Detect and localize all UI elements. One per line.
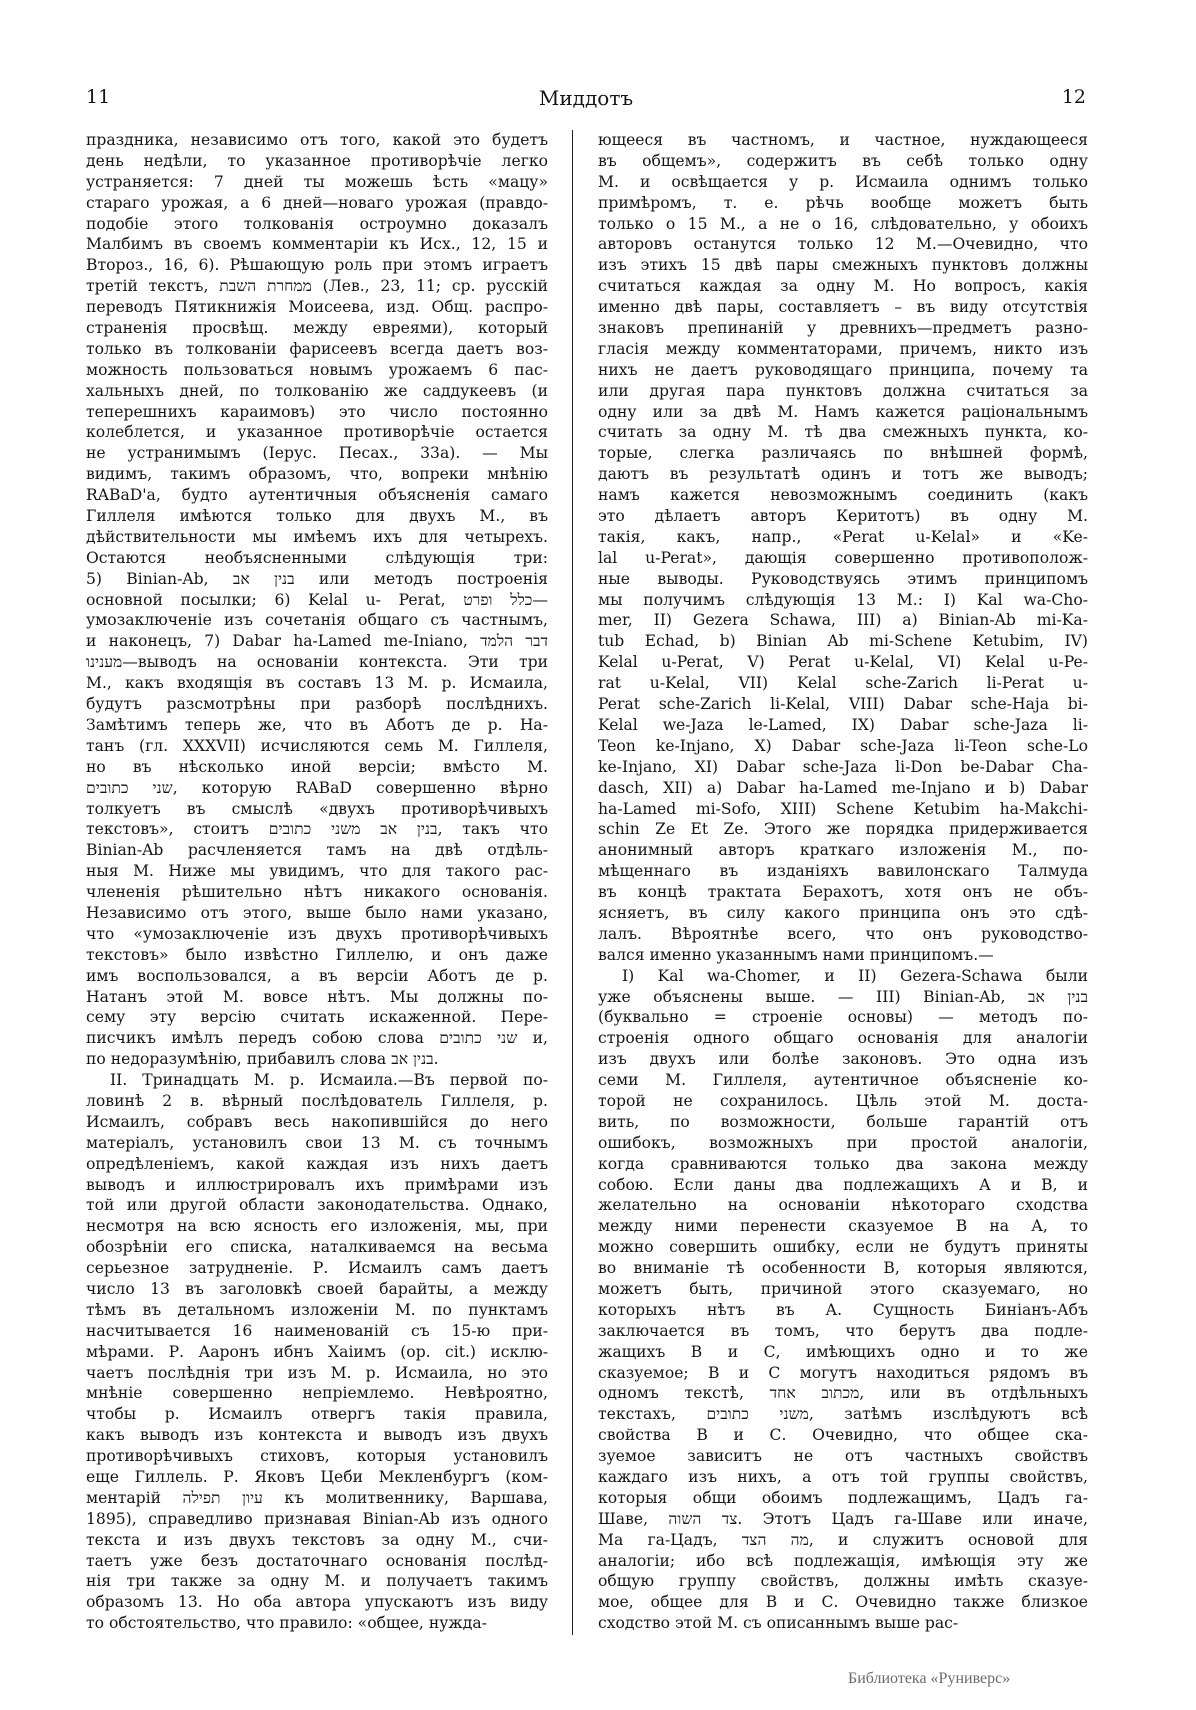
- text-line: ловинѣ 2 в. вѣрный послѣдователь Гиллеля…: [86, 1091, 548, 1112]
- text-line: чаетъ послѣднія три изъ М. р. Исмаила, н…: [86, 1363, 548, 1384]
- text-line: это дѣлаетъ авторъ Керитотъ) въ одну М.: [598, 506, 1088, 527]
- text-line: ющееся въ частномъ, и частное, нуждающее…: [598, 130, 1088, 151]
- text-line: насчитывается 16 наименованій съ 15-ю пр…: [86, 1321, 548, 1342]
- text-line: въ концѣ трактата Берахотъ, хотя онъ не …: [598, 882, 1088, 903]
- text-line: Исмаилъ, собравъ весь накопившійся до не…: [86, 1112, 548, 1133]
- page-number-right: 12: [1062, 86, 1086, 108]
- text-line: что «умозаключеніе изъ двухъ противорѣчи…: [86, 924, 548, 945]
- text-line: Binian-Ab расчленяется тамъ на двѣ отдѣл…: [86, 840, 548, 861]
- text-line: rat u-Kelal, VII) Kelal sche-Zarich li-P…: [598, 673, 1088, 694]
- text-line: по недоразумѣнію, прибавилъ слова בנין א…: [86, 1049, 548, 1070]
- text-line: одномъ текстѣ, מכתוב אחד, или въ отдѣльн…: [598, 1383, 1088, 1404]
- text-line: еще Гиллель. Р. Яковъ Цеби Мекленбургъ (…: [86, 1467, 548, 1488]
- text-line: שני כתובים, которую RABaD совершенно вѣр…: [86, 778, 548, 799]
- text-line: Kelal we-Jaza le-Lamed, IX) Dabar sche-J…: [598, 715, 1088, 736]
- text-line: серьезное затрудненіе. Р. Исмаилъ самъ д…: [86, 1258, 548, 1279]
- text-line: ha-Lamed mi-Sofo, XIII) Schene Ketubim h…: [598, 799, 1088, 820]
- text-line: только о 15 М., а не о 16, слѣдовательно…: [598, 214, 1088, 235]
- text-line: нія три также за одну М. и получаетъ так…: [86, 1571, 548, 1592]
- text-line: Малбимъ въ своемъ комментаріи къ Исх., 1…: [86, 234, 548, 255]
- text-line: которыхъ нѣтъ въ А. Сущность Биніанъ-Абъ: [598, 1300, 1088, 1321]
- text-line: именно двѣ пары, составляетъ – въ виду о…: [598, 297, 1088, 318]
- text-line: мѣрами. Р. Ааронъ ибнъ Хаіимъ (op. cit.)…: [86, 1342, 548, 1363]
- text-line: 1895), справедливо признавая Binian-Ab и…: [86, 1509, 548, 1530]
- text-line: обозрѣніи его списка, наталкиваемся на в…: [86, 1237, 548, 1258]
- text-line: можность пользоваться новымъ урожаемъ 6 …: [86, 360, 548, 381]
- text-line: гласія между комментаторами, причемъ, ни…: [598, 339, 1088, 360]
- text-line: противорѣчивыхъ стиховъ, которыя установ…: [86, 1446, 548, 1467]
- text-line: той или другой области законодательства.…: [86, 1195, 548, 1216]
- text-line: сходство этой М. съ описаннымъ выше рас-: [598, 1613, 1088, 1634]
- text-line: ошибокъ, возможныхъ при простой аналогіи…: [598, 1133, 1088, 1154]
- text-line: то обстоятельство, что правило: «общее, …: [86, 1613, 548, 1634]
- text-line: основной посылки; 6) Kelal u- Perat, כלל…: [86, 590, 548, 611]
- text-line: Teon ke-Injano, X) Dabar sche-Jaza li-Te…: [598, 736, 1088, 757]
- text-line: изъ двухъ или болѣе законовъ. Это одна и…: [598, 1049, 1088, 1070]
- text-line: ke-Injano, XI) Dabar sche-Jaza li-Don be…: [598, 757, 1088, 778]
- text-line: дѣйствительности мы имѣемъ ихъ для четыр…: [86, 527, 548, 548]
- text-line: Kelal u-Perat, V) Perat u-Kelal, VI) Kel…: [598, 652, 1088, 673]
- text-line: изъ этихъ 15 двѣ пары смежныхъ пунктовъ …: [598, 255, 1088, 276]
- text-line: заключается въ томъ, что берутъ два подл…: [598, 1321, 1088, 1342]
- text-line: tub Echad, b) Binian Ab mi-Schene Ketubi…: [598, 631, 1088, 652]
- text-line: опредѣленіемъ, какой каждая изъ нихъ дае…: [86, 1154, 548, 1175]
- text-line: страненія просвѣщ. между евреями), котор…: [86, 318, 548, 339]
- text-line: собою. Если даны два подлежащихъ А и В, …: [598, 1175, 1088, 1196]
- text-line: ные выводы. Руководствуясь этимъ принцип…: [598, 569, 1088, 590]
- text-line: видимъ, такимъ образомъ, что, вопреки мн…: [86, 464, 548, 485]
- text-line: Замѣтимъ теперь же, что въ Аботъ де р. Н…: [86, 715, 548, 736]
- text-line: Натанъ этой М. вовсе нѣтъ. Мы должны по-: [86, 987, 548, 1008]
- text-line: праздника, независимо отъ того, какой эт…: [86, 130, 548, 151]
- text-line: М. и освѣщается у р. Исмаила однимъ толь…: [598, 172, 1088, 193]
- text-line: даютъ въ результатѣ одинъ и тотъ же выво…: [598, 464, 1088, 485]
- text-line: такія, какъ, напр., «Perat u-Kelal» и «K…: [598, 527, 1088, 548]
- text-line: текстахъ, משני כתובים, затѣмъ изслѣдуютъ…: [598, 1404, 1088, 1425]
- text-line: ясняетъ, въ силу какого принципа онъ это…: [598, 903, 1088, 924]
- text-line: хальныхъ дней, по толкованію же саддукее…: [86, 381, 548, 402]
- text-line: или другая пара пунктовъ должна считатьс…: [598, 381, 1088, 402]
- text-line: колеблется, и указанное противорѣчіе ост…: [86, 422, 548, 443]
- text-line: толкуетъ въ смыслѣ «двухъ противорѣчивых…: [86, 799, 548, 820]
- library-watermark: Библиотека «Руниверс»: [848, 1670, 1010, 1688]
- text-line: и наконецъ, 7) Dabar ha-Lamed me-Iniano,…: [86, 631, 548, 652]
- page-header: 11 Миддотъ 12: [86, 86, 1086, 116]
- text-line: нихъ не даетъ руководящаго принципа, поч…: [598, 360, 1088, 381]
- text-line: текстовъ» было извѣстно Гиллелю, и онъ д…: [86, 945, 548, 966]
- text-line: II. Тринадцать М. р. Исмаила.—Въ первой …: [86, 1070, 548, 1091]
- text-line: чтобы р. Исмаилъ отвергъ такія правила,: [86, 1404, 548, 1425]
- text-line: мое, общее для В и С. Очевидно также бли…: [598, 1592, 1088, 1613]
- text-line: торые, слегка различаясь по внѣшней форм…: [598, 443, 1088, 464]
- text-line: теперешнихъ караимовъ) это число постоян…: [86, 402, 548, 423]
- text-line: анонимный авторъ краткаго изложенія М., …: [598, 840, 1088, 861]
- text-line: писчикъ имѣлъ передъ собою слова שני כתו…: [86, 1028, 548, 1049]
- text-line: Независимо отъ этого, выше было нами ука…: [86, 903, 548, 924]
- text-line: מענינו—выводъ на основаніи контекста. Эт…: [86, 652, 548, 673]
- text-line: строенія одного общаго основанія для ана…: [598, 1028, 1088, 1049]
- text-line: мы получимъ слѣдующія 13 М.: I) Kal wa-C…: [598, 590, 1088, 611]
- text-line: текстовъ», стоитъ בנין אב משני כתובים, т…: [86, 819, 548, 840]
- text-line: таетъ уже безъ достаточнаго основанія по…: [86, 1551, 548, 1572]
- text-line: можно совершить ошибку, если не будутъ п…: [598, 1237, 1088, 1258]
- text-line: тѣмъ въ детальномъ изложеніи М. по пункт…: [86, 1300, 548, 1321]
- text-line: переводъ Пятикнижія Моисеева, изд. Общ. …: [86, 297, 548, 318]
- running-title: Миддотъ: [86, 86, 1086, 110]
- text-line: будутъ разсмотрѣны при разборѣ послѣдних…: [86, 694, 548, 715]
- text-line: общую группу свойствъ, должны имѣть сказ…: [598, 1571, 1088, 1592]
- left-column: праздника, независимо отъ того, какой эт…: [86, 130, 548, 1634]
- text-line: schin Ze Et Ze. Этого же порядка придерж…: [598, 819, 1088, 840]
- text-line: во вниманіе тѣ особенности В, которыя яв…: [598, 1258, 1088, 1279]
- text-line: несмотря на всю ясность его изложенія, м…: [86, 1216, 548, 1237]
- text-line: желательно на основаніи нѣкотораго сходс…: [598, 1195, 1088, 1216]
- text-line: свойства В и С. Очевидно, что общее ска-: [598, 1425, 1088, 1446]
- text-line: имъ воспользовался, а въ версіи Аботъ де…: [86, 966, 548, 987]
- text-line: только въ толкованіи фарисеевъ всегда да…: [86, 339, 548, 360]
- text-line: семи М. Гиллеля, аутентичное объясненіе …: [598, 1070, 1088, 1091]
- text-line: 5) Binian-Ab, בנין אב или методъ построе…: [86, 569, 548, 590]
- text-line: танъ (гл. XXXVII) исчисляются семь М. Ги…: [86, 736, 548, 757]
- text-line: которыя общи обоимъ подлежащимъ, Цадъ га…: [598, 1488, 1088, 1509]
- text-line: знаковъ препинаній у древнихъ—предметъ р…: [598, 318, 1088, 339]
- text-line: Второз., 16, 6). Рѣшающую роль при этомъ…: [86, 255, 548, 276]
- text-line: mer, II) Gezera Schawa, III) a) Binian-A…: [598, 610, 1088, 631]
- text-line: Остаются необъясненными слѣдующія три:: [86, 548, 548, 569]
- text-line: мнѣніе совершенно непріемлемо. Невѣроятн…: [86, 1383, 548, 1404]
- text-line: торой не сохранилось. Цѣль этой М. доста…: [598, 1091, 1088, 1112]
- text-line: ныя М. Ниже мы увидимъ, что для такого р…: [86, 861, 548, 882]
- text-line: М., какъ входящія въ составъ 13 М. р. Ис…: [86, 673, 548, 694]
- text-line: можетъ быть, причиной этого сказуемаго, …: [598, 1279, 1088, 1300]
- text-line: (буквально = строеніе основы) — методъ п…: [598, 1007, 1088, 1028]
- text-line: лалъ. Вѣроятнѣе всего, что онъ руководст…: [598, 924, 1088, 945]
- text-line: устраняется: 7 дней ты можешь ѣсть «мацу…: [86, 172, 548, 193]
- text-line: стараго урожая, а 6 дней—новаго урожая (…: [86, 193, 548, 214]
- text-line: Гиллеля имѣются только для двухъ М., въ: [86, 506, 548, 527]
- text-line: считать за одну М. тѣ два смежныхъ пункт…: [598, 422, 1088, 443]
- text-line: намъ кажется невозможнымъ соединить (как…: [598, 485, 1088, 506]
- text-line: авторовъ останутся только 12 М.—Очевидно…: [598, 234, 1088, 255]
- text-line: матеріалъ, установилъ свои 13 М. съ точн…: [86, 1133, 548, 1154]
- text-line: Ма га-Цадъ, מה הצד, и служитъ основой дл…: [598, 1530, 1088, 1551]
- text-line: I) Kal wa-Chomer, и II) Gezera-Schawa бы…: [598, 966, 1088, 987]
- text-line: жащихъ В и С, имѣющихъ одно и то же: [598, 1342, 1088, 1363]
- text-line: въ общемъ», содержитъ въ себѣ только одн…: [598, 151, 1088, 172]
- text-line: ментарій עיון תפילה къ молитвеннику, Вар…: [86, 1488, 548, 1509]
- text-line: Perat sche-Zarich li-Kelal, VIII) Dabar …: [598, 694, 1088, 715]
- text-line: третій текстъ, ממחרת השבת (Лев., 23, 11;…: [86, 276, 548, 297]
- text-line: сему эту версію считать искаженной. Пере…: [86, 1007, 548, 1028]
- text-line: зуемое зависитъ не отъ частныхъ свойствъ: [598, 1446, 1088, 1467]
- text-line: вался именно указаннымъ нами принципомъ.…: [598, 945, 1088, 966]
- text-line: каждаго изъ нихъ, а отъ той группы свойс…: [598, 1467, 1088, 1488]
- text-line: но въ нѣсколько иной версіи; вмѣсто М.: [86, 757, 548, 778]
- text-line: мѣщеннаго въ изданіяхъ вавилонскаго Талм…: [598, 861, 1088, 882]
- text-line: примѣромъ, т. е. рѣчь вообще можетъ быть: [598, 193, 1088, 214]
- right-column: ющееся въ частномъ, и частное, нуждающее…: [598, 130, 1088, 1634]
- text-line: аналогіи; ибо всѣ подлежащія, имѣющія эт…: [598, 1551, 1088, 1572]
- column-divider: [572, 130, 573, 1635]
- text-line: подобіе этого толкованія остроумно доказ…: [86, 214, 548, 235]
- text-line: lal u-Perat», дающія совершенно противоп…: [598, 548, 1088, 569]
- text-line: считаться каждая за одну М. Но вопросъ, …: [598, 276, 1088, 297]
- text-line: не устранимымъ (Іерус. Песах., 33а). — М…: [86, 443, 548, 464]
- text-line: уже объяснены выше. — III) Binian-Ab, בנ…: [598, 987, 1088, 1008]
- text-line: сказуемое; В и С могутъ находиться рядом…: [598, 1363, 1088, 1384]
- text-line: число 13 въ заголовкѣ своей барайты, а м…: [86, 1279, 548, 1300]
- text-line: день недѣли, то указанное противорѣчіе л…: [86, 151, 548, 172]
- text-line: текста и изъ двухъ текстовъ за одну М., …: [86, 1530, 548, 1551]
- text-line: вить, по возможности, больше гарантій от…: [598, 1112, 1088, 1133]
- text-line: какъ выводъ изъ контекста и выводъ изъ д…: [86, 1425, 548, 1446]
- text-line: Шаве, צד השוה. Этотъ Цадъ га-Шаве или ин…: [598, 1509, 1088, 1530]
- text-line: dasch, XII) a) Dabar ha-Lamed me-Injano …: [598, 778, 1088, 799]
- text-line: образомъ 13. Но оба автора упускаютъ изъ…: [86, 1592, 548, 1613]
- text-line: умозаключеніе изъ сочетанія общаго съ ча…: [86, 610, 548, 631]
- text-line: члененія рѣшительно нѣтъ никакого основа…: [86, 882, 548, 903]
- text-line: RABaD'a, будто аутентичныя объясненія са…: [86, 485, 548, 506]
- text-line: выводъ и иллюстрировалъ ихъ примѣрами из…: [86, 1175, 548, 1196]
- text-line: когда сравниваются только два закона меж…: [598, 1154, 1088, 1175]
- text-line: между ними перенести сказуемое В на А, т…: [598, 1216, 1088, 1237]
- text-line: одну или за двѣ М. Намъ кажется раціонал…: [598, 402, 1088, 423]
